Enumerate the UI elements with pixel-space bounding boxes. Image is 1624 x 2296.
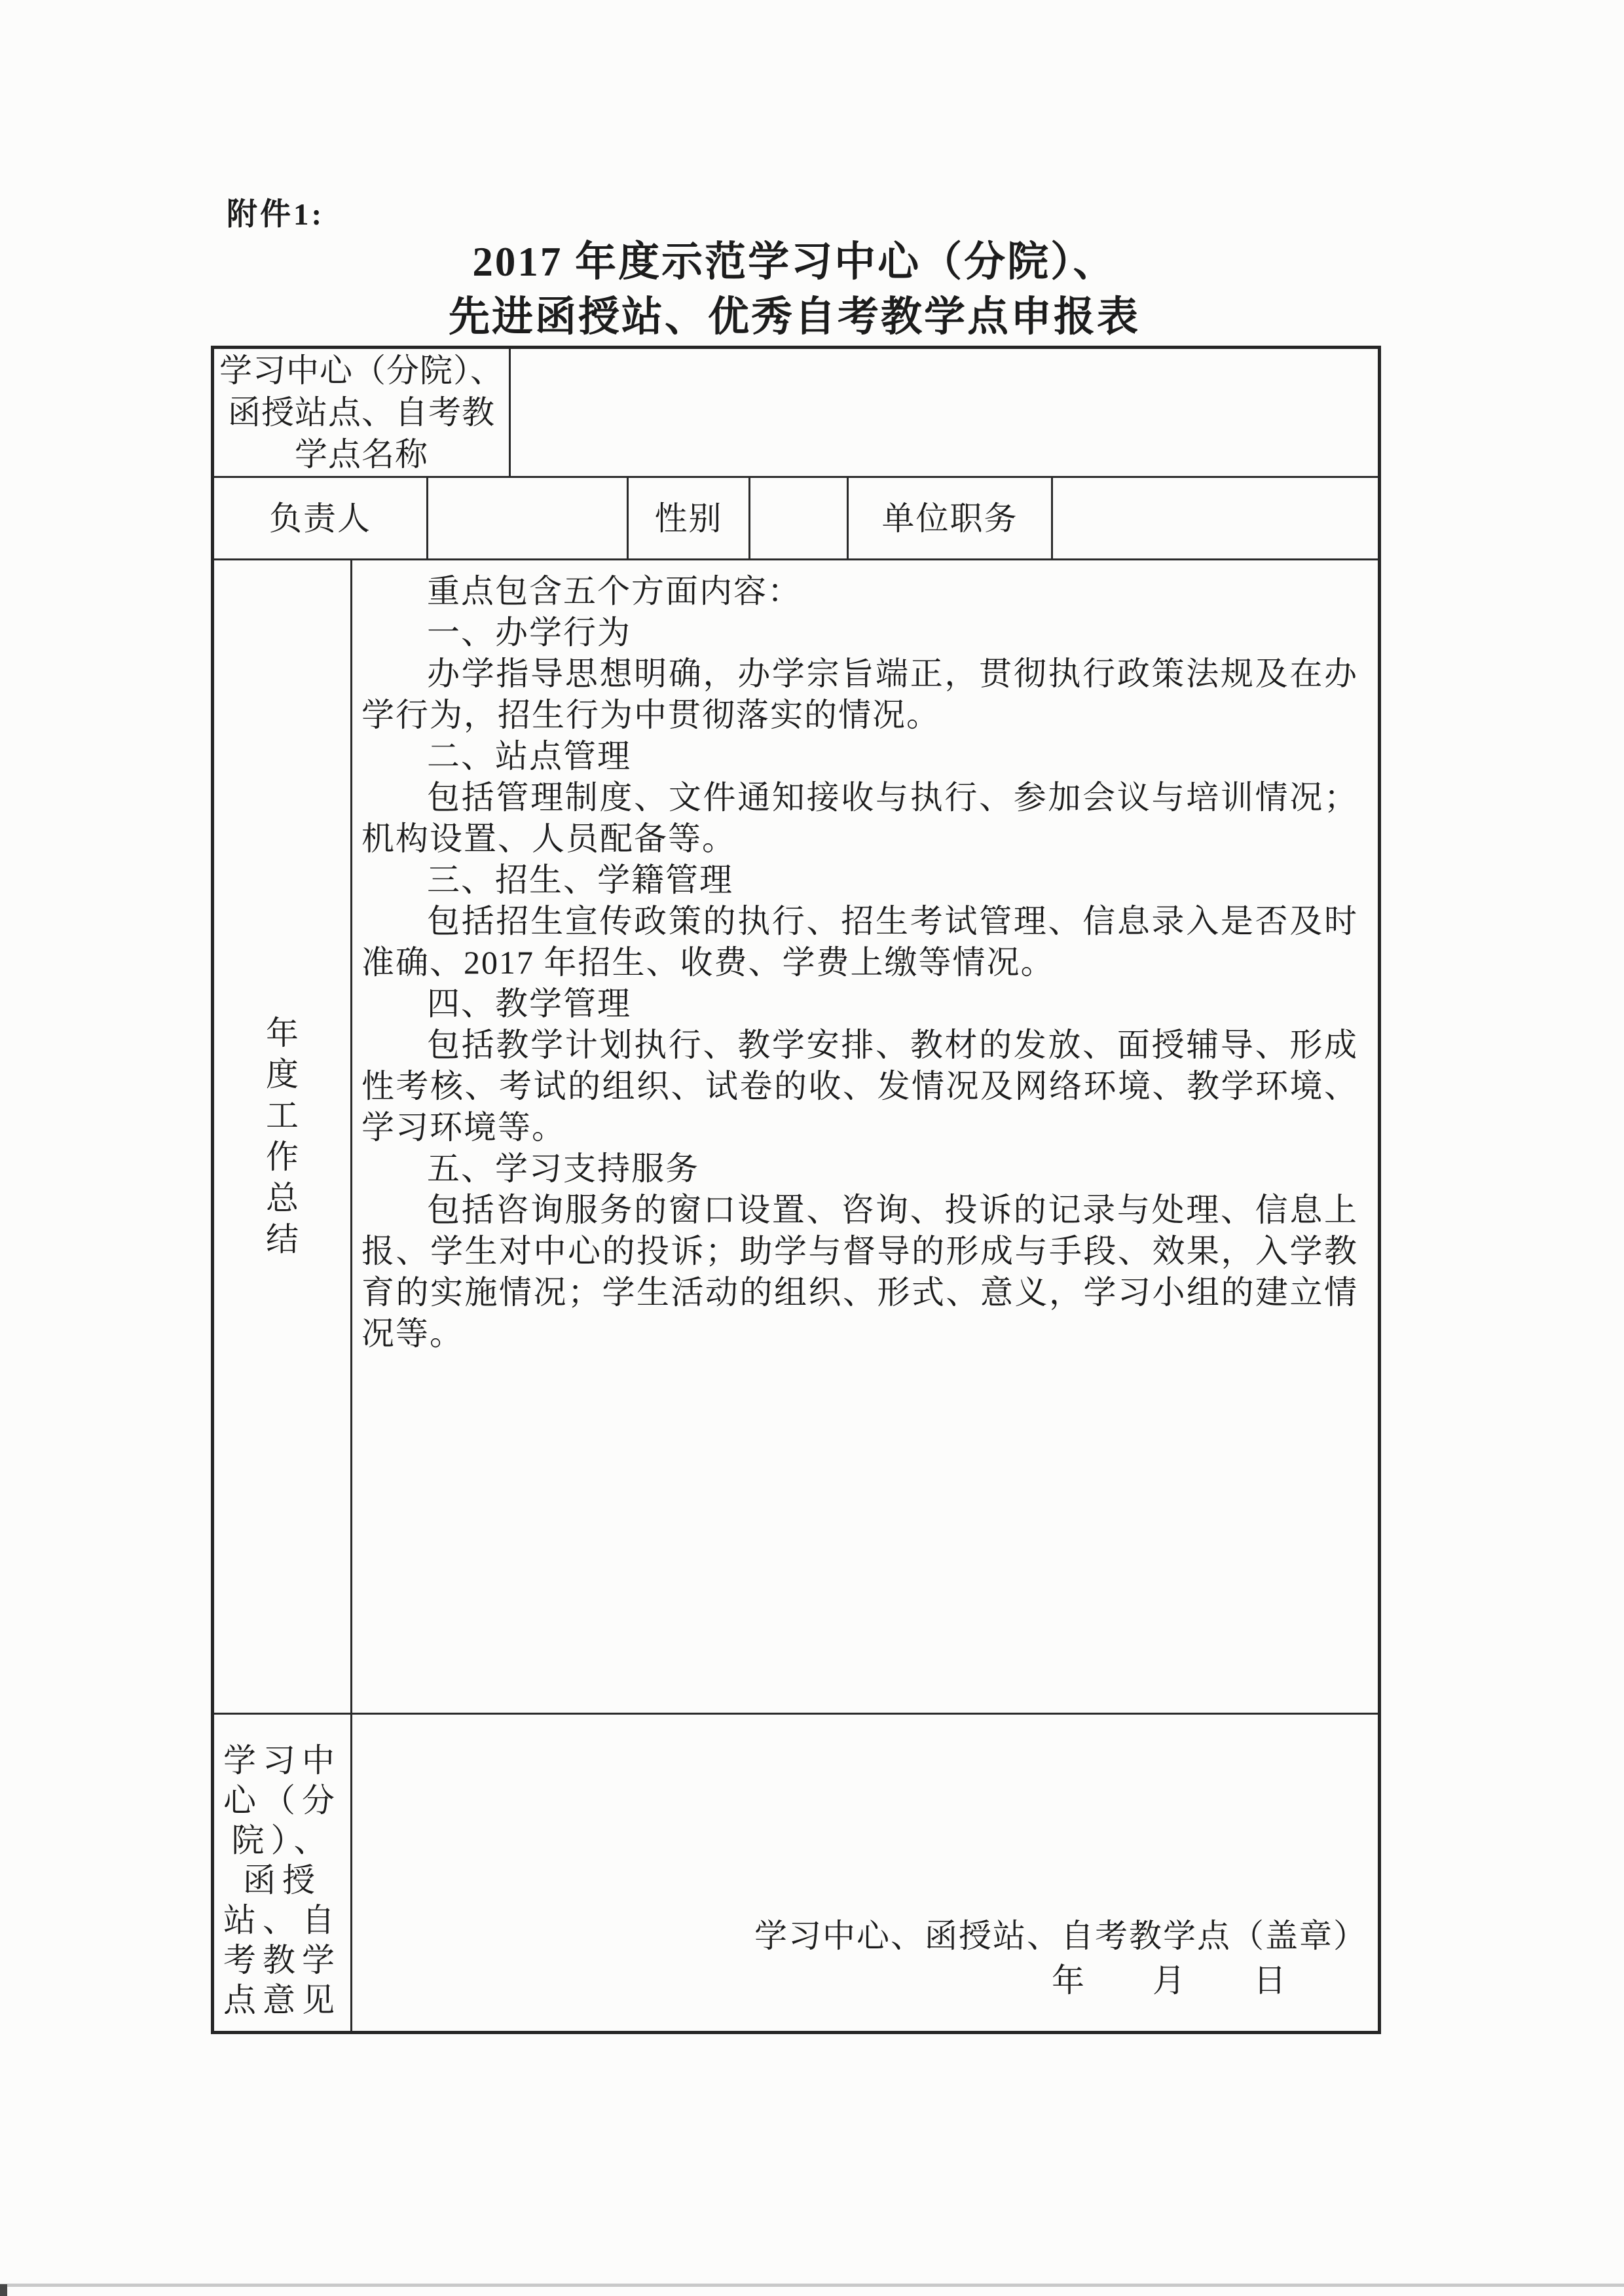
- date-year-label: 年: [1052, 1960, 1084, 2001]
- date-line: 年 月 日: [352, 1956, 1378, 2031]
- opinion-label-cell: 学习中 心（分 院）、 函授 站、自 考教学 点意见: [213, 1714, 352, 2033]
- summary-heading-2: 二、站点管理: [361, 736, 1358, 777]
- gender-label-cell: 性别: [628, 477, 750, 560]
- summary-paragraph-2: 包括管理制度、文件通知接收与执行、参加会议与培训情况；机构设置、人员配备等。: [361, 777, 1358, 860]
- summary-paragraph-1: 办学指导思想明确，办学宗旨端正，贯彻执行政策法规及在办学行为，招生行为中贯彻落实…: [361, 653, 1358, 736]
- summary-heading-5: 五、学习支持服务: [361, 1148, 1358, 1190]
- form-title-line1: 2017 年度示范学习中心（分院）、: [211, 234, 1378, 289]
- gender-value-cell: [750, 477, 848, 560]
- name-label-cell: 学习中心（分院）、 函授站点、自考教 学点名称: [213, 348, 510, 477]
- summary-paragraph-3: 包括招生宣传政策的执行、招生考试管理、信息录入是否及时准确、2017 年招生、收…: [361, 901, 1358, 983]
- date-day-label: 日: [1253, 1960, 1286, 2001]
- position-value-cell: [1052, 477, 1380, 560]
- opinion-row: 学习中 心（分 院）、 函授 站、自 考教学 点意见 学习中心、函授站、自考教学…: [213, 1714, 1380, 2033]
- seal-line: 学习中心、函授站、自考教学点（盖章）: [352, 1916, 1378, 1956]
- summary-heading-4: 四、教学管理: [361, 983, 1358, 1025]
- summary-content-cell: 重点包含五个方面内容： 一、办学行为 办学指导思想明确，办学宗旨端正，贯彻执行政…: [352, 560, 1380, 1714]
- summary-intro-line: 重点包含五个方面内容：: [361, 571, 1358, 612]
- name-row: 学习中心（分院）、 函授站点、自考教 学点名称: [213, 348, 1380, 477]
- scan-artifact-line: [0, 2284, 1624, 2287]
- person-value-cell: [428, 477, 628, 560]
- summary-heading-1: 一、办学行为: [361, 612, 1358, 653]
- summary-paragraph-4: 包括教学计划执行、教学安排、教材的发放、面授辅导、形成性考核、考试的组织、试卷的…: [361, 1025, 1358, 1148]
- attachment-label: 附件1:: [227, 190, 324, 234]
- summary-label-cell: 年 度 工 作 总 结: [213, 560, 352, 1714]
- application-form-table: 学习中心（分院）、 函授站点、自考教 学点名称 负责人 性别 单位职务 年 度 …: [211, 346, 1381, 2034]
- date-month-label: 月: [1153, 1960, 1185, 2001]
- form-title: 2017 年度示范学习中心（分院）、 先进函授站、优秀自考教学点申报表: [211, 234, 1378, 344]
- person-label-cell: 负责人: [213, 477, 428, 560]
- name-value-cell: [510, 348, 1380, 477]
- scan-artifact-tick: [0, 2284, 7, 2296]
- form-title-line2: 先进函授站、优秀自考教学点申报表: [211, 289, 1378, 344]
- summary-paragraph-5: 包括咨询服务的窗口设置、咨询、投诉的记录与处理、信息上报、学生对中心的投诉；助学…: [361, 1190, 1358, 1355]
- position-label-cell: 单位职务: [848, 477, 1052, 560]
- scanned-form-page: { "page": { "attachment_label": "附件1:", …: [0, 0, 1624, 2296]
- summary-heading-3: 三、招生、学籍管理: [361, 860, 1358, 901]
- summary-row: 年 度 工 作 总 结 重点包含五个方面内容： 一、办学行为 办学指导思想明确，…: [213, 560, 1380, 1714]
- person-row: 负责人 性别 单位职务: [213, 477, 1380, 560]
- opinion-content-cell: 学习中心、函授站、自考教学点（盖章） 年 月 日: [352, 1714, 1380, 2033]
